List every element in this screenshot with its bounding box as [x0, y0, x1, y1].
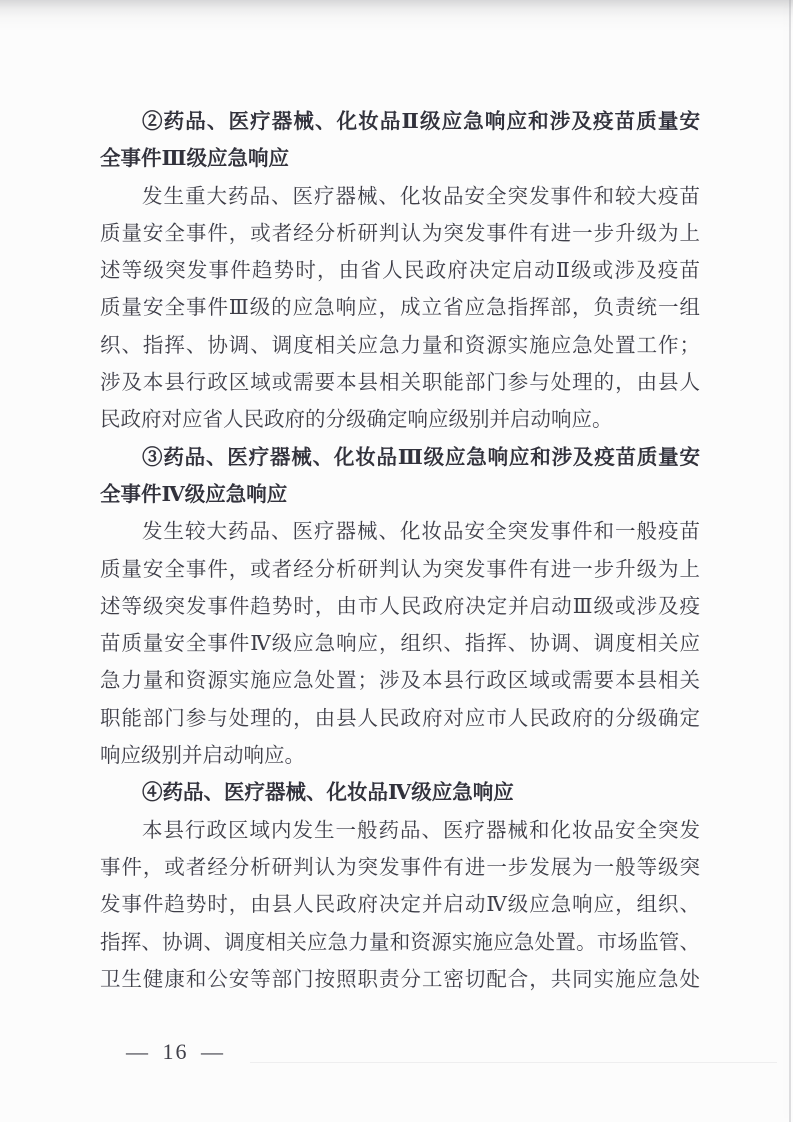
- text-line: ③药品、医疗器械、化妆品Ⅲ级应急响应和涉及疫苗质量安: [100, 440, 700, 477]
- document-body: ②药品、医疗器械、化妆品Ⅱ级应急响应和涉及疫苗质量安全事件Ⅲ级应急响应发生重大药…: [100, 104, 700, 999]
- text-line: 质量安全事件，或者经分析研判认为突发事件有进一步升级为上: [100, 216, 700, 253]
- text-line: 苗质量安全事件Ⅳ级应急响应，组织、指挥、协调、调度相关应: [100, 626, 700, 663]
- text-line: 发生重大药品、医疗器械、化妆品安全突发事件和较大疫苗: [100, 179, 700, 216]
- text-line: 卫生健康和公安等部门按照职责分工密切配合，共同实施应急处: [100, 962, 700, 999]
- text-line: 响应级别并启动响应。: [100, 738, 700, 775]
- section-heading: ③药品、医疗器械、化妆品Ⅲ级应急响应和涉及疫苗质量安全事件Ⅳ级应急响应: [100, 440, 700, 515]
- text-line: ④药品、医疗器械、化妆品Ⅳ级应急响应: [100, 775, 700, 812]
- text-line: 发事件趋势时，由县人民政府决定并启动Ⅳ级应急响应，组织、: [100, 887, 700, 924]
- page-footer: — 16 —: [126, 1040, 225, 1064]
- text-line: 全事件Ⅳ级应急响应: [100, 477, 700, 514]
- text-line: 全事件Ⅲ级应急响应: [100, 141, 700, 178]
- scan-top-shade: [0, 0, 793, 32]
- text-line: 职能部门参与处理的，由县人民政府对应市人民政府的分级确定: [100, 701, 700, 738]
- text-line: 急力量和资源实施应急处置；涉及本县行政区域或需要本县相关: [100, 663, 700, 700]
- paragraph: 发生较大药品、医疗器械、化妆品安全突发事件和一般疫苗质量安全事件，或者经分析研判…: [100, 514, 700, 775]
- paragraph: 本县行政区域内发生一般药品、医疗器械和化妆品安全突发事件，或者经分析研判认为突发…: [100, 813, 700, 999]
- text-line: 民政府对应省人民政府的分级确定响应级别并启动响应。: [100, 402, 700, 439]
- scan-artifact-line: [250, 1062, 777, 1063]
- text-line: 质量安全事件Ⅲ级的应急响应，成立省应急指挥部，负责统一组: [100, 290, 700, 327]
- section-heading: ④药品、医疗器械、化妆品Ⅳ级应急响应: [100, 775, 700, 812]
- document-page: ②药品、医疗器械、化妆品Ⅱ级应急响应和涉及疫苗质量安全事件Ⅲ级应急响应发生重大药…: [0, 0, 793, 1122]
- paragraph: 发生重大药品、医疗器械、化妆品安全突发事件和较大疫苗质量安全事件，或者经分析研判…: [100, 179, 700, 440]
- text-line: 述等级突发事件趋势时，由市人民政府决定并启动Ⅲ级或涉及疫: [100, 589, 700, 626]
- text-line: 指挥、协调、调度相关应急力量和资源实施应急处置。市场监管、: [100, 925, 700, 962]
- text-line: 质量安全事件，或者经分析研判认为突发事件有进一步升级为上: [100, 552, 700, 589]
- text-line: 述等级突发事件趋势时，由省人民政府决定启动Ⅱ级或涉及疫苗: [100, 253, 700, 290]
- section-heading: ②药品、医疗器械、化妆品Ⅱ级应急响应和涉及疫苗质量安全事件Ⅲ级应急响应: [100, 104, 700, 179]
- page-number: — 16 —: [126, 1039, 225, 1064]
- text-line: 织、指挥、协调、调度相关应急力量和资源实施应急处置工作；: [100, 328, 700, 365]
- text-line: 事件，或者经分析研判认为突发事件有进一步发展为一般等级突: [100, 850, 700, 887]
- text-line: 本县行政区域内发生一般药品、医疗器械和化妆品安全突发: [100, 813, 700, 850]
- text-line: 发生较大药品、医疗器械、化妆品安全突发事件和一般疫苗: [100, 514, 700, 551]
- scan-right-edge-line: [789, 0, 791, 1122]
- text-line: 涉及本县行政区域或需要本县相关职能部门参与处理的，由县人: [100, 365, 700, 402]
- text-line: ②药品、医疗器械、化妆品Ⅱ级应急响应和涉及疫苗质量安: [100, 104, 700, 141]
